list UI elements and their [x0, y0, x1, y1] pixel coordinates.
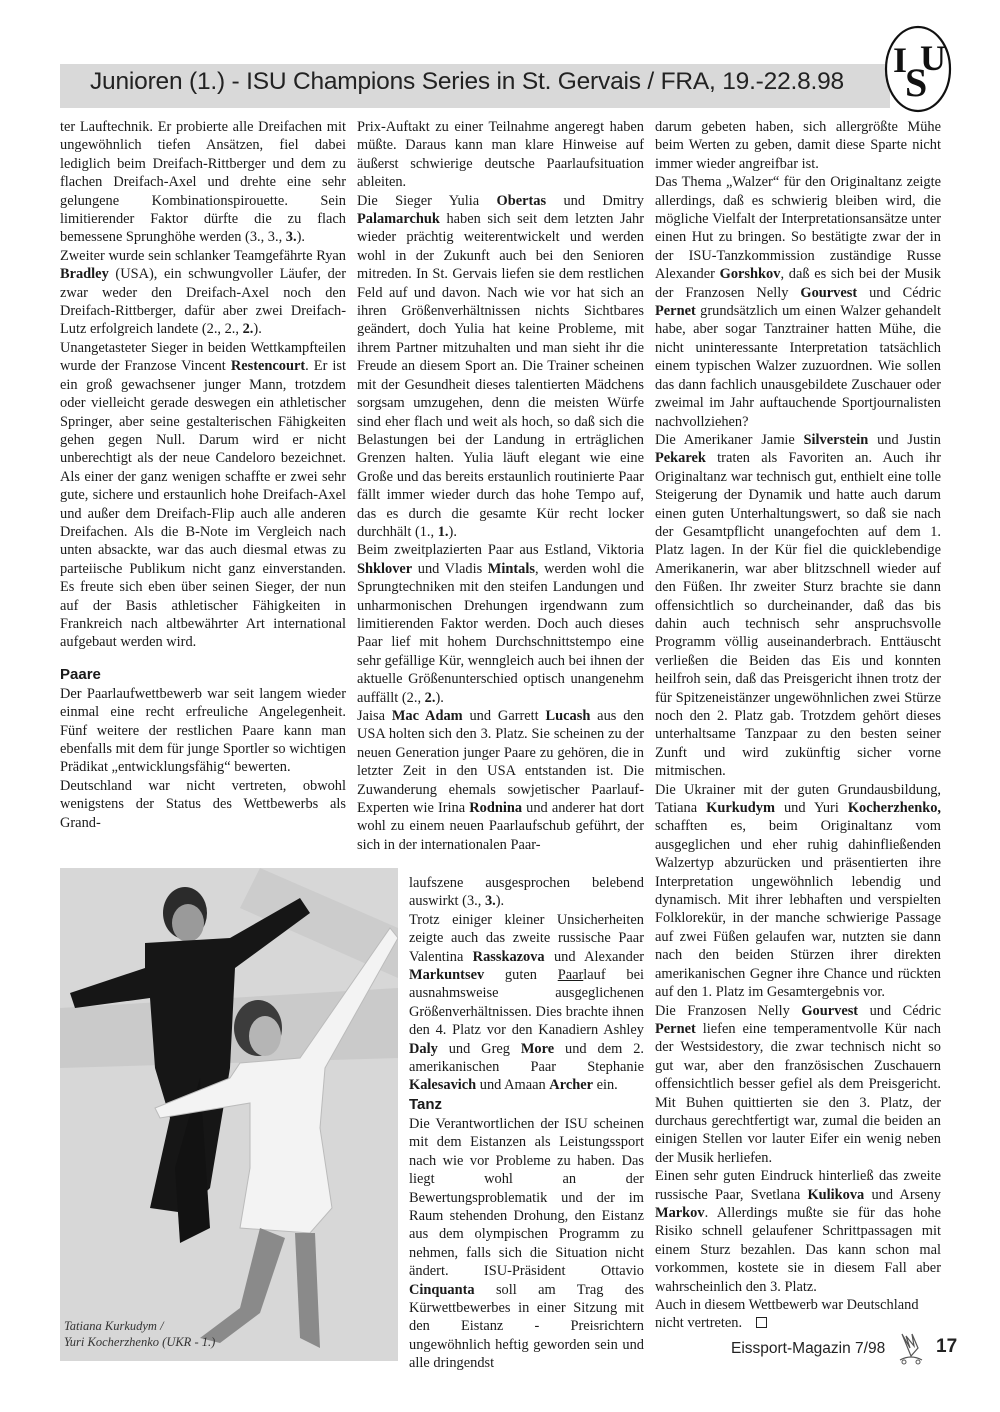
isu-logo: I S U — [883, 24, 953, 114]
paragraph: Einen sehr guten Eindruck hinterließ das… — [655, 1167, 941, 1296]
article-column-2-narrow: laufszene ausgesprochen belebend auswirk… — [409, 874, 644, 1095]
paragraph: Zweiter wurde sein schlanker Teamgefährt… — [60, 247, 346, 339]
paragraph: Der Paarlaufwettbewerb war seit langem w… — [60, 685, 346, 777]
paragraph: Jaisa Mac Adam und Garrett Lucash aus de… — [357, 707, 644, 854]
paragraph: Die Amerikaner Jamie Silverstein und Jus… — [655, 431, 941, 781]
photo-caption: Tatiana Kurkudym / Yuri Kocherzhenko (UK… — [64, 1318, 215, 1350]
paragraph: darum gebeten haben, sich allergrößte Mü… — [655, 118, 941, 173]
paragraph: Deutschland war nicht vertreten, obwohl … — [60, 777, 346, 832]
paragraph: Die Franzosen Nelly Gourvest und Cédric … — [655, 1002, 941, 1168]
article-column-2-tanz: Tanz Die Verantwortlichen der ISU schein… — [409, 1096, 644, 1373]
paragraph: Unangetasteter Sieger in beiden Wettkamp… — [60, 339, 346, 652]
section-heading-paare: Paare — [60, 666, 346, 684]
paragraph: Die Verantwortlichen der ISU scheinen mi… — [409, 1115, 644, 1373]
paragraph: Das Thema „Walzer“ für den Originaltanz … — [655, 173, 941, 431]
article-column-3: darum gebeten haben, sich allergrößte Mü… — [655, 118, 941, 1333]
svg-text:U: U — [920, 38, 946, 78]
paragraph: Die Ukrainer mit der guten Grundausbildu… — [655, 781, 941, 1002]
section-heading-tanz: Tanz — [409, 1096, 644, 1114]
magazine-name: Eissport-Magazin 7/98 — [731, 1340, 885, 1358]
article-column-1: ter Lauftechnik. Er probierte alle Dreif… — [60, 118, 346, 832]
paragraph: laufszene ausgesprochen belebend auswirk… — [409, 874, 644, 911]
page-title: Junioren (1.) - ISU Champions Series in … — [90, 68, 844, 96]
paragraph: Die Sieger Yulia Obertas und Dmitry Pala… — [357, 192, 644, 542]
paragraph: Prix-Auftakt zu einer Teilnahme angeregt… — [357, 118, 644, 192]
end-of-article-icon — [756, 1317, 767, 1328]
skater-logo-icon — [896, 1330, 926, 1366]
paragraph: Auch in diesem Wettbewerb war Deutschlan… — [655, 1296, 941, 1333]
paragraph: ter Lauftechnik. Er probierte alle Dreif… — [60, 118, 346, 247]
paragraph: Beim zweitplazierten Paar aus Estland, V… — [357, 541, 644, 707]
paragraph: Trotz einiger kleiner Unsicherheiten zei… — [409, 911, 644, 1095]
page-number: 17 — [936, 1336, 957, 1358]
skating-photo — [60, 868, 398, 1361]
article-column-2: Prix-Auftakt zu einer Teilnahme angeregt… — [357, 118, 644, 854]
